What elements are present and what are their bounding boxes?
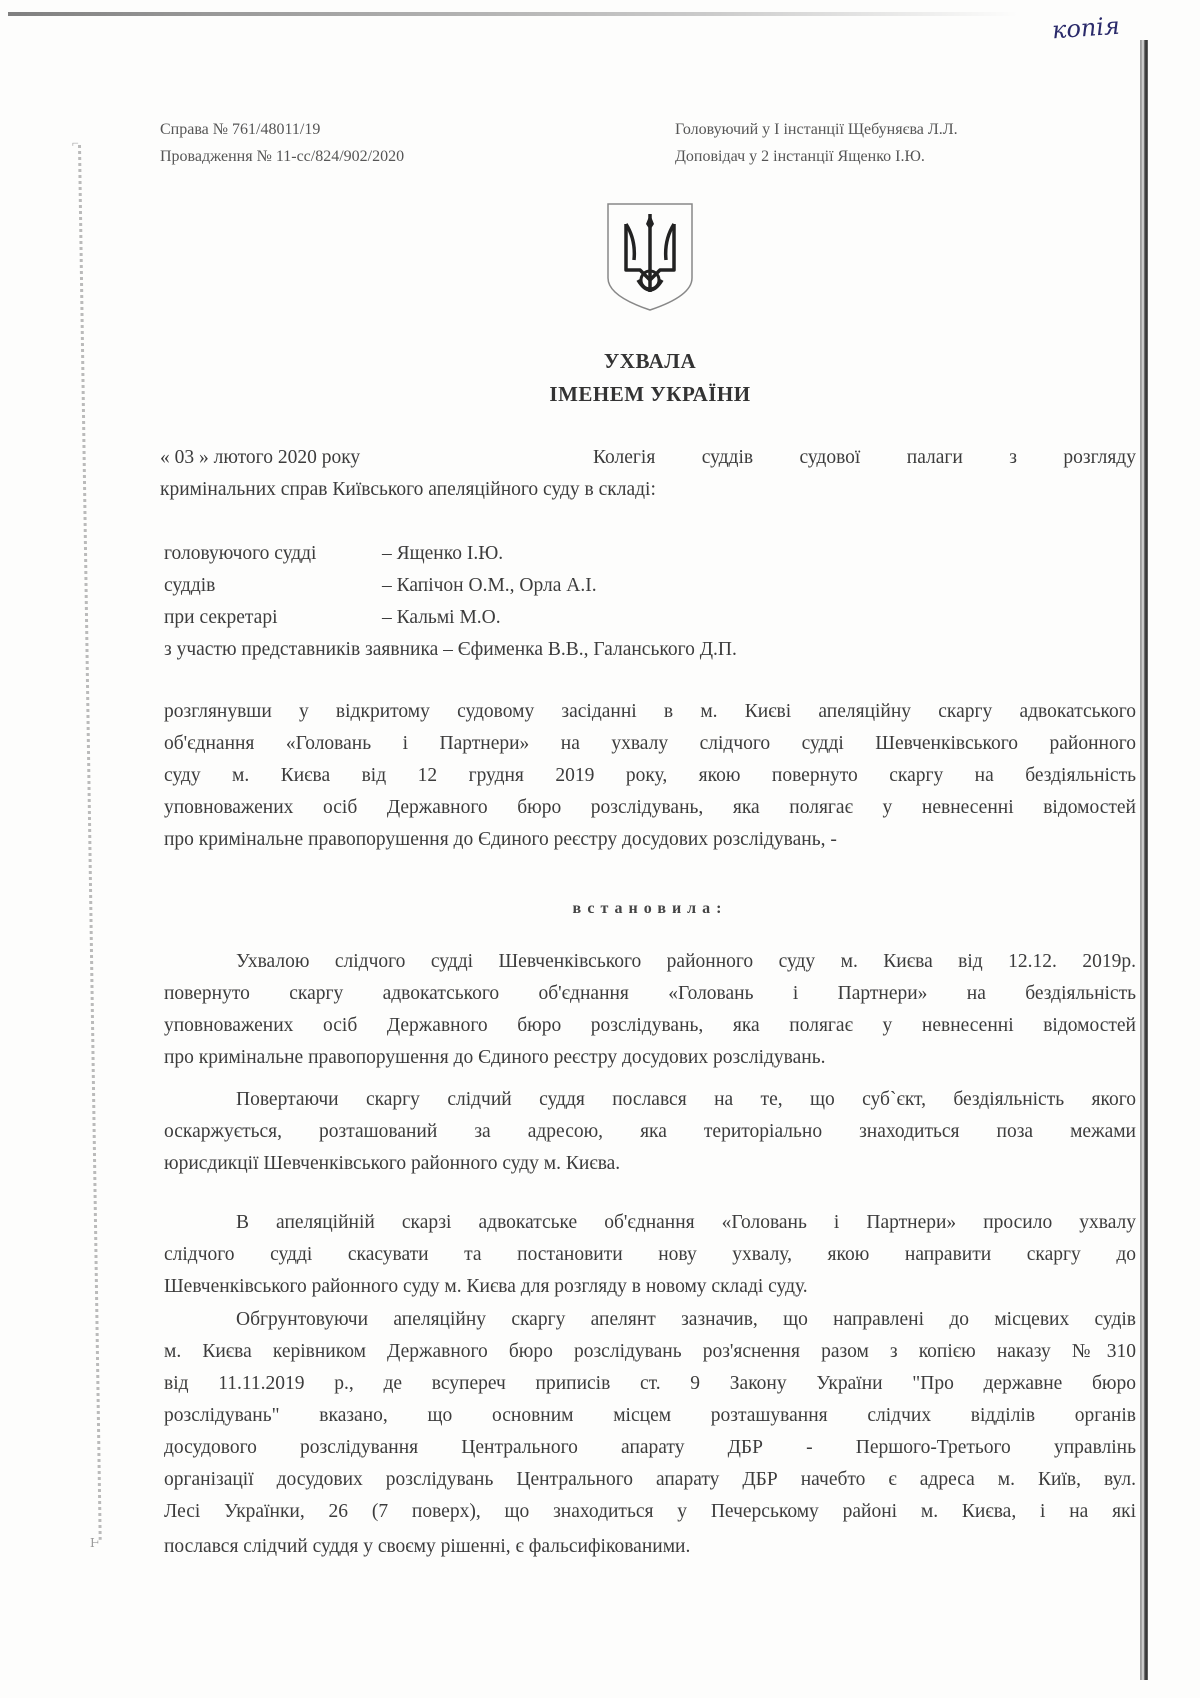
paragraph-line: м. Києва керівником Державного бюро розс… <box>164 1336 1136 1368</box>
paragraph-line: розслідувань" вказано, що основним місце… <box>164 1400 1136 1432</box>
paragraph-line: уповноважених осіб Державного бюро розсл… <box>164 1010 1136 1042</box>
paragraph-line: юрисдикції Шевченківського районного суд… <box>164 1148 1136 1180</box>
proceeding-number: Провадження № 11-сс/824/902/2020 <box>160 143 404 170</box>
paragraph-line: Повертаючи скаргу слідчий суддя послався… <box>164 1084 1136 1116</box>
row-value: – Ященко І.Ю. <box>382 543 503 564</box>
document-type-title: УХВАЛА <box>0 349 1200 374</box>
row-label: при секретарі <box>164 607 382 629</box>
paragraph-line: досудового розслідування Центрального ап… <box>164 1432 1136 1464</box>
row-label: головуючого судді <box>164 543 382 565</box>
row-value: – Кальмі М.О. <box>382 607 501 628</box>
binding-mark-bottom: Ͱ <box>90 1536 99 1551</box>
considered-line: про кримінальне правопорушення до Єдиног… <box>164 824 1136 856</box>
handwritten-copy-note: копія <box>1051 12 1121 45</box>
collegium-line-2: кримінальних справ Київського апеляційно… <box>160 479 656 501</box>
case-number: Справа № 761/48011/19 <box>160 116 404 143</box>
word: судової <box>800 447 861 469</box>
considered-line: суду м. Києва від 12 грудня 2019 року, я… <box>164 760 1136 792</box>
paragraph-line: від 11.11.2019 р., де всупереч приписів … <box>164 1368 1136 1400</box>
word: палаги <box>907 447 963 469</box>
coat-of-arms-icon <box>604 200 696 312</box>
scan-top-edge <box>8 12 1018 16</box>
collegium-line: Колегія суддів судової палаги з розгляду <box>593 447 1136 469</box>
judges-row: суддів– Капічон О.М., Орла А.І. <box>164 575 597 597</box>
established-heading: встановила: <box>0 900 1200 918</box>
paragraph-line: про кримінальне правопорушення до Єдиног… <box>164 1042 1136 1074</box>
word: суддів <box>702 447 753 469</box>
paragraph-line: повернуто скаргу адвокатського об'єднанн… <box>164 978 1136 1010</box>
judges-info: Головуючий у I інстанції Щебуняєва Л.Л. … <box>675 116 958 170</box>
presiding-judge-row: головуючого судді– Ященко І.Ю. <box>164 543 503 565</box>
considered-line: об'єднання «Головань і Партнери» на ухва… <box>164 728 1136 760</box>
paragraph-line: В апеляційній скарзі адвокатське об'єдна… <box>164 1207 1136 1239</box>
case-info: Справа № 761/48011/19 Провадження № 11-с… <box>160 116 404 170</box>
considered-line: розглянувши у відкритому судовому засіда… <box>164 696 1136 728</box>
paragraph-line: послався слідчий суддя у своєму рішенні,… <box>164 1531 1136 1563</box>
in-the-name-of-ukraine: ІМЕНЕМ УКРАЇНИ <box>0 382 1200 407</box>
row-label: суддів <box>164 575 382 597</box>
scan-right-edge <box>1140 40 1148 1680</box>
participants-row: з участю представників заявника – Єфимен… <box>164 639 737 661</box>
paragraph-line: Лесі Українки, 26 (7 поверх), що знаходи… <box>164 1496 1136 1528</box>
binding-mark-top: ⌐ <box>72 136 79 151</box>
word: розгляду <box>1063 447 1136 469</box>
first-instance-judge: Головуючий у I інстанції Щебуняєва Л.Л. <box>675 116 958 143</box>
second-instance-rapporteur: Доповідач у 2 інстанції Ященко І.Ю. <box>675 143 958 170</box>
decision-date: « 03 » лютого 2020 року <box>160 447 360 469</box>
row-value: – Капічон О.М., Орла А.І. <box>382 575 597 596</box>
paragraph-line: Обгрунтовуючи апеляційну скаргу апелянт … <box>164 1304 1136 1336</box>
word: з <box>1009 447 1017 469</box>
paragraph-line: оскаржується, розташований за адресою, я… <box>164 1116 1136 1148</box>
paragraph-line: організації досудових розслідувань Центр… <box>164 1464 1136 1496</box>
considered-line: уповноважених осіб Державного бюро розсл… <box>164 792 1136 824</box>
paragraph-line: слідчого судді скасувати та постановити … <box>164 1239 1136 1271</box>
paragraph-line: Ухвалою слідчого судді Шевченківського р… <box>164 946 1136 978</box>
word: Колегія <box>593 447 655 469</box>
paragraph-line: Шевченківського районного суду м. Києва … <box>164 1271 1136 1303</box>
secretary-row: при секретарі– Кальмі М.О. <box>164 607 501 629</box>
